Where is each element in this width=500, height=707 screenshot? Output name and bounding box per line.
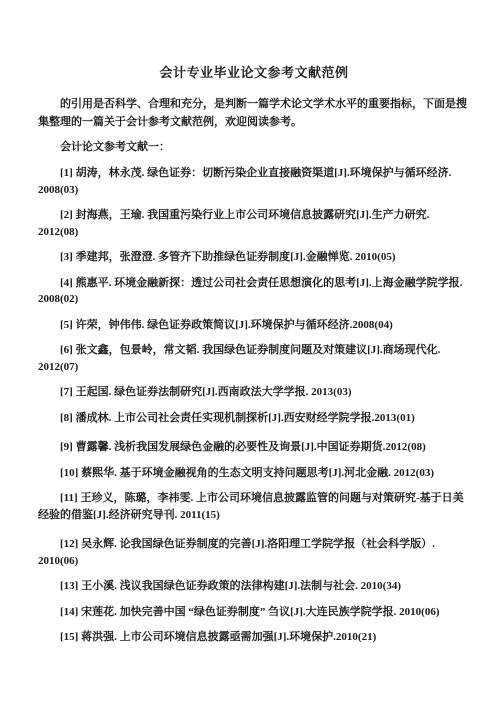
reference-item: [2] 封海燕，王瑜. 我国重污染行业上市公司环境信息披露研究[J].生产力研究… [38,207,470,240]
reference-item: [11] 王珍义，陈璐，李祎雯. 上市公司环境信息披露监管的问题与对策研究-基于… [38,490,470,523]
reference-item: [15] 蒋洪强. 上市公司环境信息披露亟需加强[J].环境保护.2010(21… [38,629,470,646]
intro-paragraph: 的引用是否科学、合理和充分，是判断一篇学术论文学术水平的重要指标，下面是搜集整理… [38,95,470,131]
reference-item: [13] 王小溪. 浅议我国绿色证券政策的法律构建[J].法制与社会. 2010… [38,578,470,595]
reference-item: [1] 胡涛，林永茂. 绿色证券：切断污染企业直接融资渠道[J].环境保护与循环… [38,165,470,198]
reference-item: [4] 熊惠平. 环境金融新探：透过公司社会责任思想演化的思考[J].上海金融学… [38,275,470,308]
reference-item: [3] 季建邦，张澄澄. 多管齐下助推绿色证券制度[J].金融惮览. 2010(… [38,249,470,266]
reference-item: [9] 曹露馨. 浅析我国发展绿色金融的必要性及询景[J].中国证券期货.201… [38,439,470,456]
reference-item: [6] 张文鑫，包景岭，常文韬. 我国绿色证券制度问题及对策建议[J].商场现代… [38,342,470,375]
document-title: 会计专业毕业论文参考文献范例 [38,64,470,82]
document-page: 会计专业毕业论文参考文献范例 的引用是否科学、合理和充分，是判断一篇学术论文学术… [0,0,500,707]
reference-item: [7] 王起国. 绿色证券法制研究[J].西南政法大学学报. 2013(03) [38,384,470,401]
reference-item: [8] 潘成林. 上市公司社会责任实现机制探析[J].西安财经学院学报.2013… [38,410,470,427]
reference-item: [14] 宋莲花. 加快完善中国 “绿色证券制度” 刍议[J].大连民族学院学报… [38,604,470,621]
reference-item: [5] 许荣，钟伟伟. 绿色证券政策简议[J].环境保护与循环经济.2008(0… [38,317,470,334]
reference-item: [12] 吴永辉. 论我国绿色证券制度的完善[J].洛阳理工学院学报（社会科学版… [38,536,470,569]
reference-item: [10] 蔡熙华. 基于环境金融视角的生态文明支持问题思考[J].河北金融. 2… [38,465,470,482]
section-heading: 会计论文参考文献一： [38,139,470,155]
